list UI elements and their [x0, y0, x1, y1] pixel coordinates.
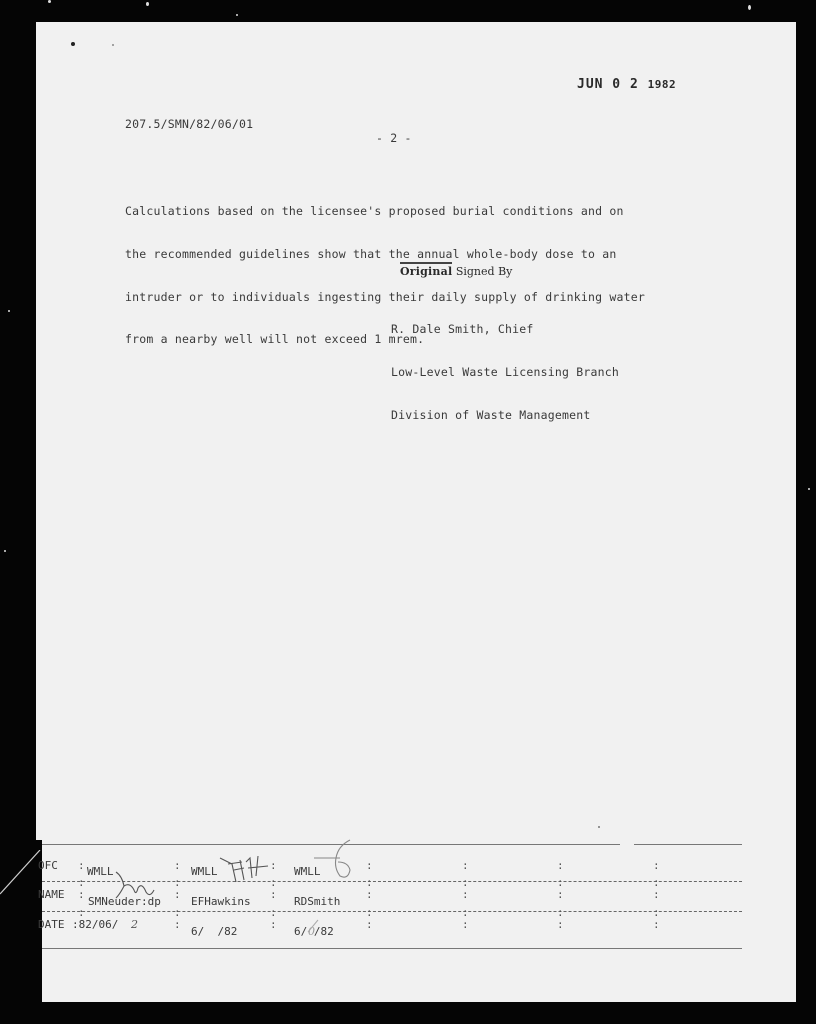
col1-date: :82/06/: [72, 918, 118, 931]
scan-speck: [146, 2, 149, 6]
column-separator-colon: :: [366, 859, 373, 872]
stamp-year: 1982: [648, 78, 677, 91]
col1-date-value: 82/06/: [79, 918, 119, 931]
col1-date-handwritten: 2: [131, 918, 138, 931]
column-separator-colon: :: [174, 859, 181, 872]
concurrence-top-rule: [42, 844, 620, 845]
col3-office: WMLL: [294, 865, 321, 878]
column-separator-colon: :: [270, 888, 277, 901]
column-separator-colon: :: [78, 859, 85, 872]
stamp-month-day: JUN 0 2: [577, 77, 639, 92]
concurrence-top-rule: [634, 844, 742, 845]
stamp-original: Original: [400, 262, 452, 278]
column-separator-colon: :: [557, 859, 564, 872]
column-separator-colon: :: [557, 888, 564, 901]
col1-name: SMNeuder:dp: [88, 895, 161, 908]
row-label-office: OFC: [38, 859, 58, 872]
column-separator-colon: :: [653, 859, 660, 872]
column-separator-colon: :: [462, 859, 469, 872]
col3-name: RDSmith: [294, 895, 340, 908]
column-separator-colon: :: [557, 918, 564, 931]
received-date-stamp: JUN 0 2 1982: [577, 77, 676, 92]
body-line: the recommended guidelines show that the…: [125, 247, 645, 261]
col3-date-handwritten: 0: [308, 925, 315, 938]
column-separator-colon: :: [78, 888, 85, 901]
signatory-branch: Low-Level Waste Licensing Branch: [391, 365, 619, 379]
scan-speck: [71, 42, 75, 46]
document-page: [36, 22, 796, 1002]
column-separator-colon: :: [366, 888, 373, 901]
scan-speck: [112, 44, 114, 46]
column-separator-colon: :: [270, 859, 277, 872]
column-separator-colon: :: [270, 918, 277, 931]
scan-speck: [4, 550, 6, 552]
scanned-document: JUN 0 2 1982 207.5/SMN/82/06/01 - 2 - Ca…: [0, 0, 816, 1024]
col2-office: WMLL: [191, 865, 218, 878]
col1-office: WMLL: [87, 865, 114, 878]
row-label-name: NAME: [38, 888, 65, 901]
body-line: Calculations based on the licensee's pro…: [125, 204, 645, 218]
row-label-date: DATE: [38, 918, 65, 931]
scan-speck: [748, 5, 751, 10]
scan-speck: [808, 488, 810, 490]
concurrence-row-separator: [42, 881, 742, 882]
signatory-name-title: R. Dale Smith, Chief: [391, 322, 619, 336]
page-number: - 2 -: [376, 131, 412, 145]
column-separator-colon: :: [366, 918, 373, 931]
signatory-division: Division of Waste Management: [391, 408, 619, 422]
stamp-signed-by: Signed By: [452, 265, 512, 278]
file-reference: 207.5/SMN/82/06/01: [125, 117, 253, 131]
scan-speck: [48, 0, 51, 3]
concurrence-row-separator: [42, 911, 742, 912]
col2-date: 6/ /82: [191, 925, 237, 938]
column-separator-colon: :: [174, 888, 181, 901]
column-separator-colon: :: [653, 888, 660, 901]
original-signed-by-stamp: Original Signed By: [400, 265, 512, 278]
signatory-block: R. Dale Smith, Chief Low-Level Waste Lic…: [391, 294, 619, 450]
column-separator-colon: :: [653, 918, 660, 931]
scan-speck: [598, 826, 600, 828]
column-separator-colon: :: [174, 918, 181, 931]
column-separator-colon: :: [462, 888, 469, 901]
scan-speck: [236, 14, 238, 16]
scan-speck: [8, 310, 10, 312]
column-separator-colon: :: [462, 918, 469, 931]
col2-name: EFHawkins: [191, 895, 251, 908]
concurrence-bottom-rule: [42, 948, 742, 949]
